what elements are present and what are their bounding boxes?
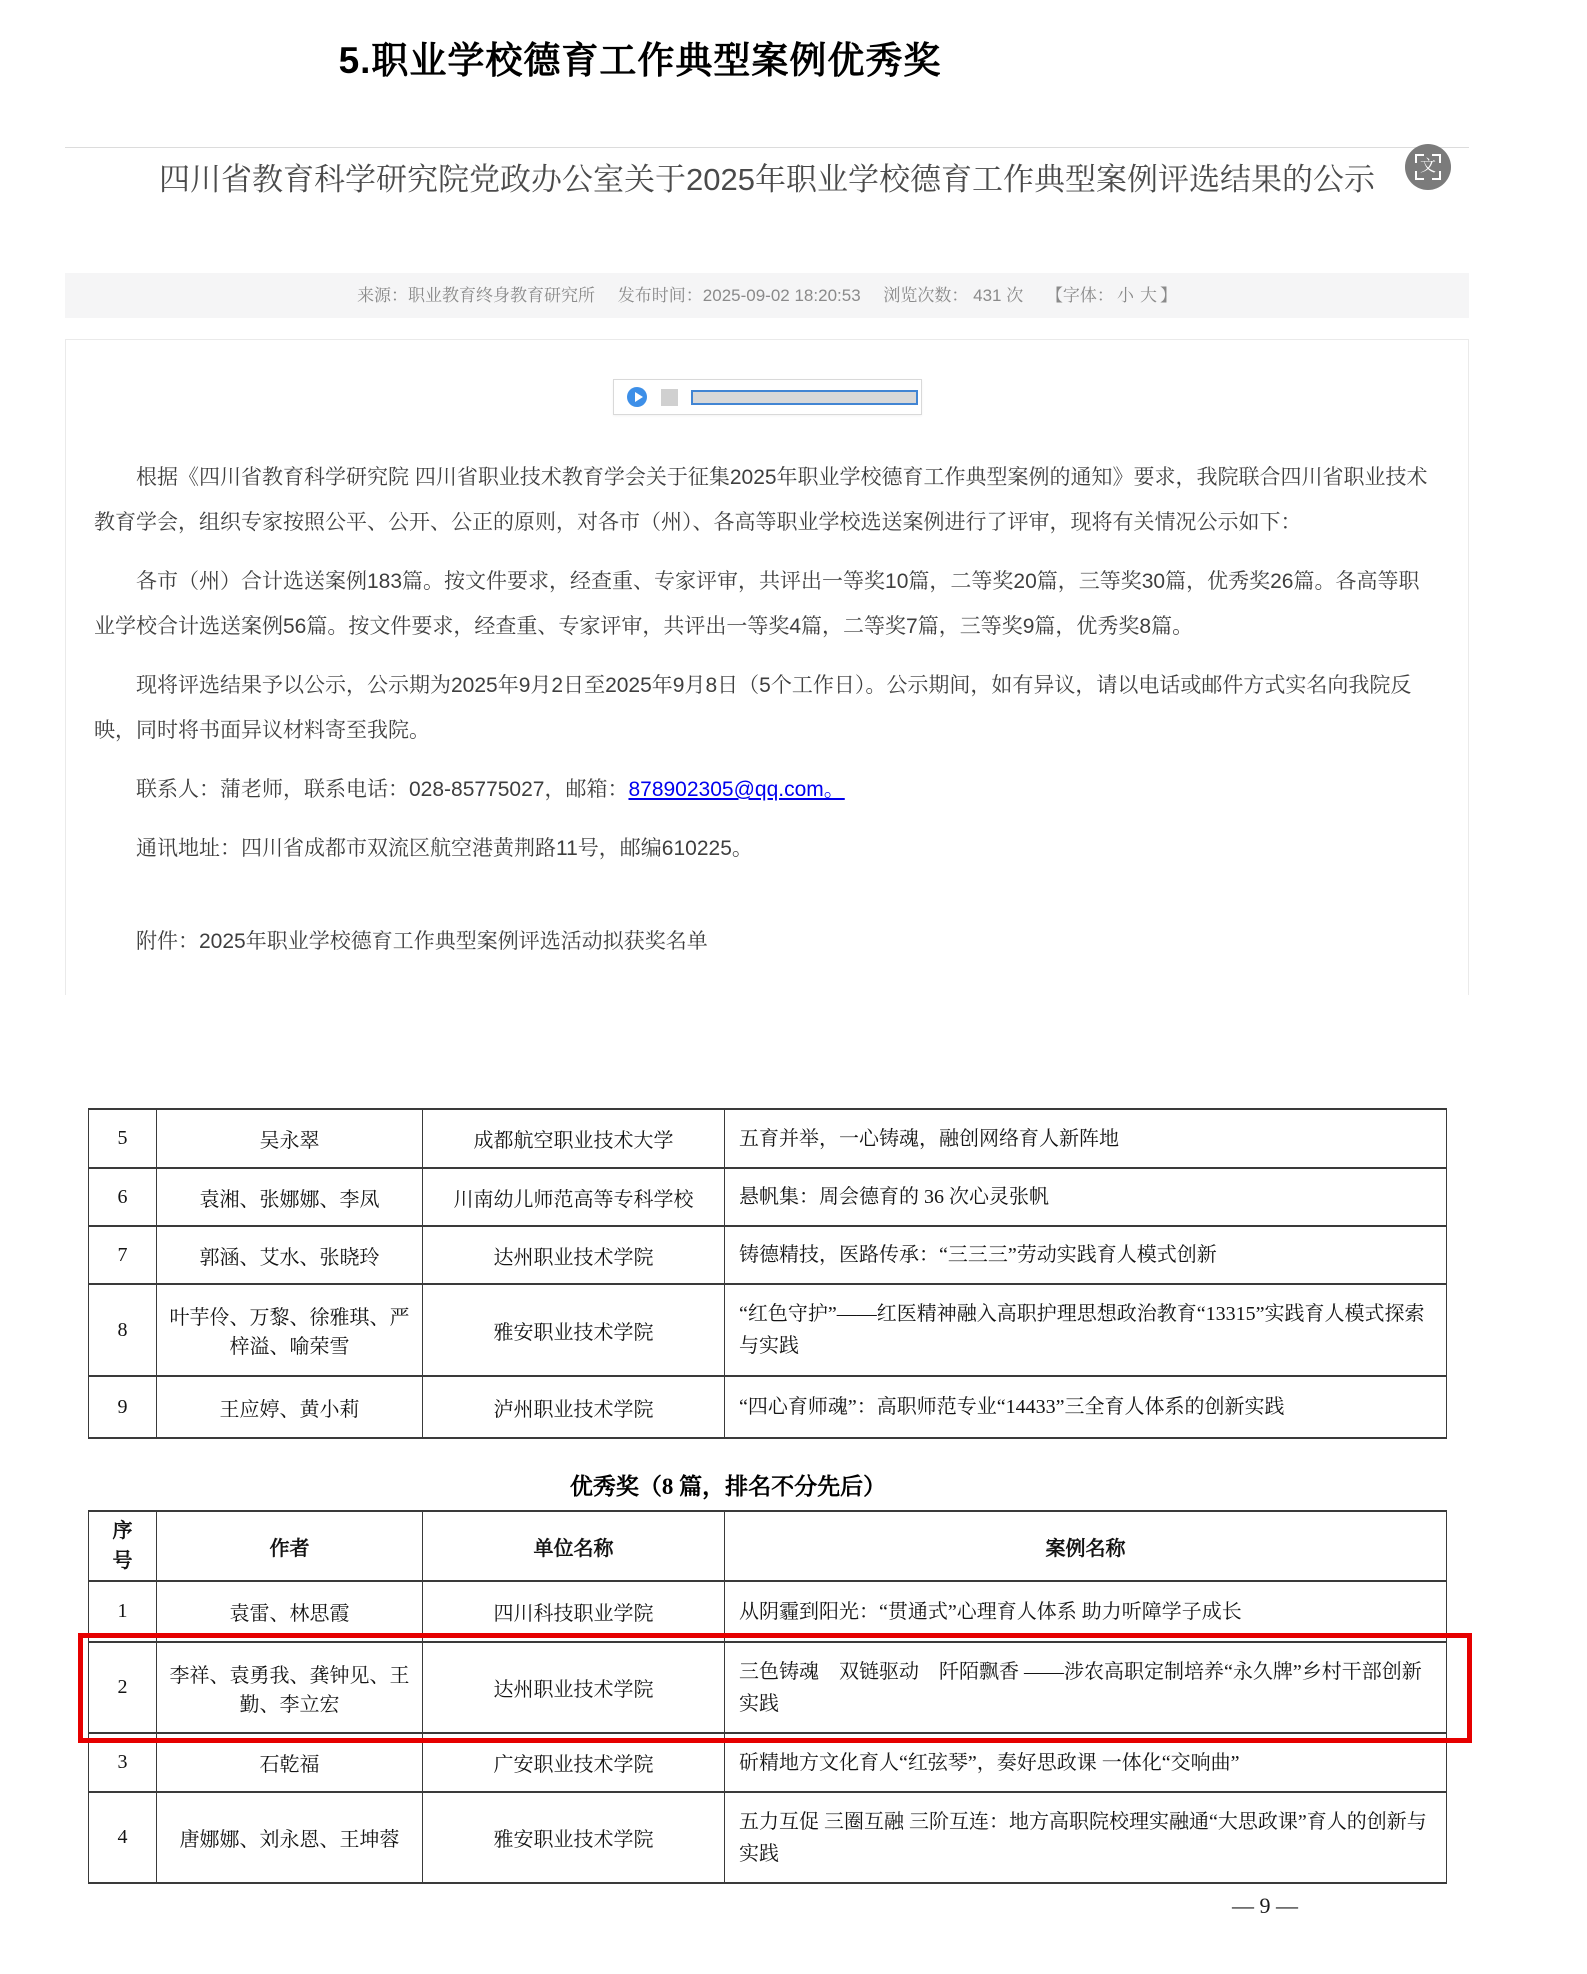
row-number: 6 [89,1168,157,1226]
row-number: 8 [89,1284,157,1376]
case-cell: 五力互促 三圈互融 三阶互连：地方高职院校理实融通“大思政课”育人的创新与实践 [725,1792,1447,1883]
paragraph-results: 各市（州）合计选送案例183篇。按文件要求，经查重、专家评审，共评出一等奖10篇… [94,559,1440,649]
meta-source: 来源：职业教育终身教育研究所 [357,286,595,305]
paragraph-basis: 根据《四川省教育科学研究院 四川省职业技术教育学会关于征集2025年职业学校德育… [94,455,1440,545]
meta-font-label: 【字体： [1046,286,1114,305]
authors-cell: 王应婷、黄小莉 [157,1376,423,1438]
authors-cell: 李祥、袁勇我、龚钟见、王勤、李立宏 [157,1642,423,1733]
paragraph-publicity: 现将评选结果予以公示，公示期为2025年9月2日至2025年9月8日（5个工作日… [94,663,1440,753]
audio-progress-bar[interactable] [691,390,918,405]
announcement-title: 四川省教育科学研究院党政办公室关于2025年职业学校德育工作典型案例评选结果的公… [92,156,1442,203]
table-row: 8 叶芋伶、万黎、徐雅琪、严梓溢、喻荣雪 雅安职业技术学院 “红色守护”——红医… [89,1284,1447,1376]
case-cell: 铸德精技，医路传承：“三三三”劳动实践育人模式创新 [725,1226,1447,1284]
org-cell: 雅安职业技术学院 [423,1792,725,1883]
org-cell: 雅安职业技术学院 [423,1284,725,1376]
org-cell: 成都航空职业技术大学 [423,1109,725,1168]
email-link[interactable]: 878902305@qq.com。 [628,778,844,801]
scan-frame-icon: 文 [1415,154,1441,180]
table-row: 3 石乾福 广安职业技术学院 斫精地方文化育人“红弦琴”，奏好思政课 一体化“交… [89,1733,1447,1792]
table-row: 9 王应婷、黄小莉 泸州职业技术学院 “四心育师魂”：高职师范专业“14433”… [89,1376,1447,1438]
meta-publish-time: 发布时间：2025-09-02 18:20:53 [618,286,861,305]
case-cell: 悬帆集：周会德育的 36 次心灵张帆 [725,1168,1447,1226]
paragraph-address: 通讯地址：四川省成都市双流区航空港黄荆路11号，邮编610225。 [94,826,1440,871]
audio-player [613,379,922,415]
org-cell: 达州职业技术学院 [423,1226,725,1284]
table-row: 6 袁湘、张娜娜、李凤 川南幼儿师范高等专科学校 悬帆集：周会德育的 36 次心… [89,1168,1447,1226]
paragraph-contact: 联系人：蒲老师，联系电话：028-85775027，邮箱：878902305@q… [94,767,1440,812]
meta-font-label-close: 】 [1160,286,1177,305]
authors-cell: 吴永翠 [157,1109,423,1168]
org-cell: 四川科技职业学院 [423,1581,725,1642]
authors-cell: 叶芋伶、万黎、徐雅琪、严梓溢、喻荣雪 [157,1284,423,1376]
authors-cell: 郭涵、艾水、张晓玲 [157,1226,423,1284]
table-row: 4 唐娜娜、刘永恩、王坤蓉 雅安职业技术学院 五力互促 三圈互融 三阶互连：地方… [89,1792,1447,1883]
org-cell: 达州职业技术学院 [423,1642,725,1733]
row-number: 4 [89,1792,157,1883]
row-number: 2 [89,1642,157,1733]
row-number: 7 [89,1226,157,1284]
row-number: 9 [89,1376,157,1438]
award-table-excellence: 序号 作者 单位名称 案例名称 1 袁雷、林思霞 四川科技职业学院 从阴霾到阳光… [88,1510,1447,1884]
authors-cell: 袁湘、张娜娜、李凤 [157,1168,423,1226]
header-authors: 作者 [157,1511,423,1581]
table-row-highlighted: 2 李祥、袁勇我、龚钟见、王勤、李立宏 达州职业技术学院 三色铸魂 双链驱动 阡… [89,1642,1447,1733]
authors-cell: 袁雷、林思霞 [157,1581,423,1642]
case-cell: “四心育师魂”：高职师范专业“14433”三全育人体系的创新实践 [725,1376,1447,1438]
table-header-row: 序号 作者 单位名称 案例名称 [89,1511,1447,1581]
case-cell: 斫精地方文化育人“红弦琴”，奏好思政课 一体化“交响曲” [725,1733,1447,1792]
article-body: 根据《四川省教育科学研究院 四川省职业技术教育学会关于征集2025年职业学校德育… [94,455,1440,964]
org-cell: 泸州职业技术学院 [423,1376,725,1438]
table-row: 7 郭涵、艾水、张晓玲 达州职业技术学院 铸德精技，医路传承：“三三三”劳动实践… [89,1226,1447,1284]
case-cell: 三色铸魂 双链驱动 阡陌飘香 ——涉农高职定制培养“永久牌”乡村干部创新实践 [725,1642,1447,1733]
play-icon[interactable] [627,387,647,407]
article-content-box: 根据《四川省教育科学研究院 四川省职业技术教育学会关于征集2025年职业学校德育… [65,339,1469,995]
authors-cell: 唐娜娜、刘永恩、王坤蓉 [157,1792,423,1883]
contact-text: 联系人：蒲老师，联系电话：028-85775027，邮箱： [136,778,628,801]
paragraph-attachment: 附件：2025年职业学校德育工作典型案例评选活动拟获奖名单 [94,919,1440,964]
doc-section-title: 5.职业学校德育工作典型案例优秀奖 [0,30,1280,84]
header-number: 序号 [89,1511,157,1581]
row-number: 3 [89,1733,157,1792]
header-case: 案例名称 [725,1511,1447,1581]
webpage-screenshot: 文 四川省教育科学研究院党政办公室关于2025年职业学校德育工作典型案例评选结果… [65,147,1469,995]
org-cell: 广安职业技术学院 [423,1733,725,1792]
org-cell: 川南幼儿师范高等专科学校 [423,1168,725,1226]
row-number: 5 [89,1109,157,1168]
font-size-large-button[interactable]: 大 [1140,286,1157,305]
font-size-small-button[interactable]: 小 [1117,286,1134,305]
authors-cell: 石乾福 [157,1733,423,1792]
table-row: 5 吴永翠 成都航空职业技术大学 五育并举，一心铸魂，融创网络育人新阵地 [89,1109,1447,1168]
meta-bar: 来源：职业教育终身教育研究所 发布时间：2025-09-02 18:20:53 … [65,273,1469,318]
award-table-upper: 5 吴永翠 成都航空职业技术大学 五育并举，一心铸魂，融创网络育人新阵地 6 袁… [88,1108,1447,1439]
excellence-award-heading: 优秀奖（8 篇，排名不分先后） [88,1468,1368,1501]
stop-icon[interactable] [661,389,678,406]
table-row: 1 袁雷、林思霞 四川科技职业学院 从阴霾到阳光：“贯通式”心理育人体系 助力听… [89,1581,1447,1642]
case-cell: 五育并举，一心铸魂，融创网络育人新阵地 [725,1109,1447,1168]
document-page: 5.职业学校德育工作典型案例优秀奖 文 四川省教育科学研究院党政办公室关于202… [0,0,1587,1974]
row-number: 1 [89,1581,157,1642]
page-number: — 9 — [1180,1893,1350,1919]
header-org: 单位名称 [423,1511,725,1581]
case-cell: “红色守护”——红医精神融入高职护理思想政治教育“13315”实践育人模式探索与… [725,1284,1447,1376]
translate-icon[interactable]: 文 [1405,144,1451,190]
meta-views: 浏览次数： 431 次 [883,286,1023,305]
case-cell: 从阴霾到阳光：“贯通式”心理育人体系 助力听障学子成长 [725,1581,1447,1642]
